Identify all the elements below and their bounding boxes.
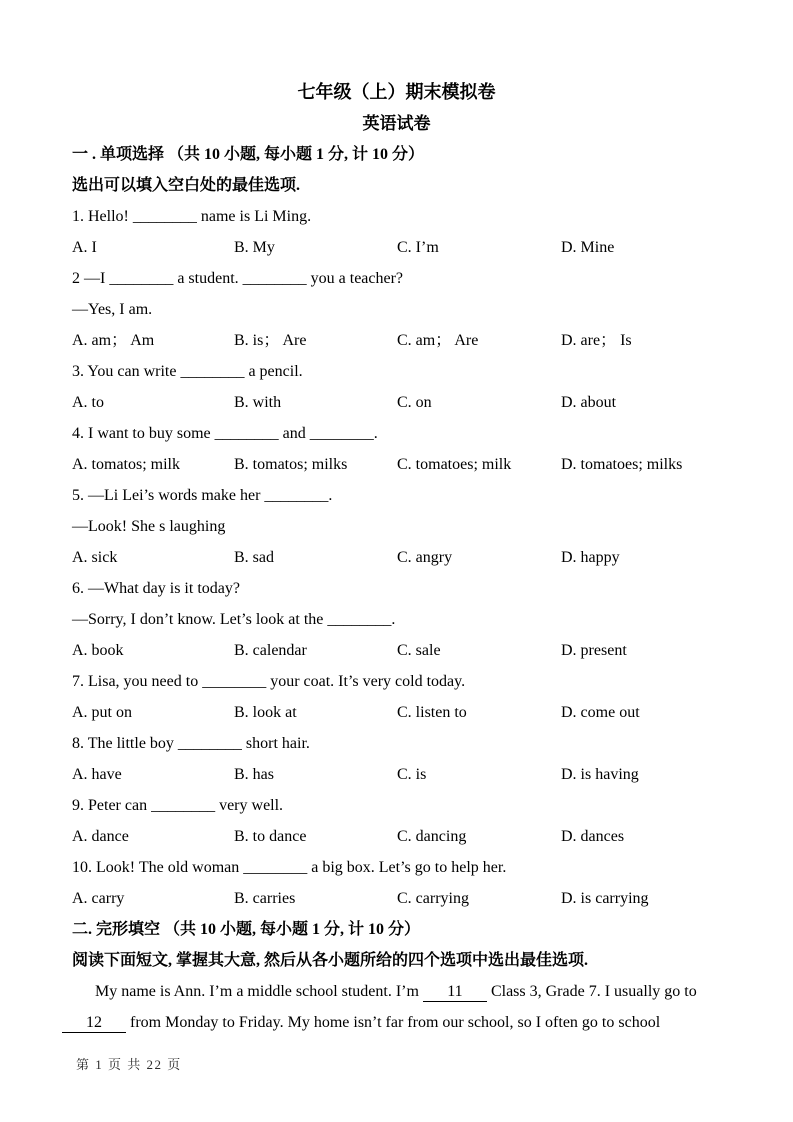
question-7-option-d: D. come out: [561, 697, 793, 728]
question-6-option-d: D. present: [561, 635, 793, 666]
question-1-option-d: D. Mine: [561, 232, 793, 263]
question-2-options: A. am； Am B. is； Are C. am； Are D. are； …: [72, 325, 793, 356]
question-5-stem-line-2: —Look! She s laughing: [72, 511, 763, 542]
question-4-option-c: C. tomatoes; milk: [397, 449, 561, 480]
question-5-option-b: B. sad: [234, 542, 397, 573]
question-8-option-a: A. have: [72, 759, 234, 790]
question-2-option-a: A. am； Am: [72, 325, 234, 356]
question-9-option-a: A. dance: [72, 821, 234, 852]
cloze-passage-text: from Monday to Friday. My home isn’t far…: [130, 1014, 660, 1031]
question-9-option-d: D. dances: [561, 821, 793, 852]
cloze-passage-line-2: 12 from Monday to Friday. My home isn’t …: [62, 1007, 773, 1038]
exam-content: 七年级（上）期末模拟卷 英语试卷 一 . 单项选择 （共 10 小题, 每小题 …: [0, 77, 793, 1038]
question-8-option-b: B. has: [234, 759, 397, 790]
question-10-options: A. carry B. carries C. carrying D. is ca…: [72, 883, 793, 914]
question-7-stem: 7. Lisa, you need to ________ your coat.…: [72, 666, 763, 697]
question-10-option-d: D. is carrying: [561, 883, 793, 914]
question-4-options: A. tomatos; milk B. tomatos; milks C. to…: [72, 449, 793, 480]
question-6-stem: 6. —What day is it today?: [72, 573, 763, 604]
question-8-option-d: D. is having: [561, 759, 793, 790]
question-4-option-a: A. tomatos; milk: [72, 449, 234, 480]
question-3-option-c: C. on: [397, 387, 561, 418]
question-6-option-c: C. sale: [397, 635, 561, 666]
question-2-stem: 2 —I ________ a student. ________ you a …: [72, 263, 763, 294]
section-2-heading: 二. 完形填空 （共 10 小题, 每小题 1 分, 计 10 分）: [72, 914, 763, 945]
question-9-options: A. dance B. to dance C. dancing D. dance…: [72, 821, 793, 852]
question-1-options: A. I B. My C. I’m D. Mine: [72, 232, 793, 263]
question-3-stem: 3. You can write ________ a pencil.: [72, 356, 763, 387]
cloze-blank-12: 12: [62, 1013, 126, 1033]
question-10-stem: 10. Look! The old woman ________ a big b…: [72, 852, 763, 883]
question-1-option-c: C. I’m: [397, 232, 561, 263]
question-2-stem-line-2: —Yes, I am.: [72, 294, 763, 325]
question-7-option-b: B. look at: [234, 697, 397, 728]
question-10-option-a: A. carry: [72, 883, 234, 914]
cloze-passage-text: Class 3, Grade 7. I usually go to: [491, 983, 697, 1000]
question-6-option-b: B. calendar: [234, 635, 397, 666]
page-number-footer: 第 1 页 共 22 页: [76, 1056, 182, 1074]
question-2-option-b: B. is； Are: [234, 325, 397, 356]
question-7-options: A. put on B. look at C. listen to D. com…: [72, 697, 793, 728]
question-1-option-a: A. I: [72, 232, 234, 263]
question-5-option-a: A. sick: [72, 542, 234, 573]
cloze-passage-text: My name is Ann. I’m a middle school stud…: [95, 983, 419, 1000]
question-2-option-d: D. are； Is: [561, 325, 793, 356]
question-6-option-a: A. book: [72, 635, 234, 666]
section-2-instruction: 阅读下面短文, 掌握其大意, 然后从各小题所给的四个选项中选出最佳选项.: [72, 945, 763, 976]
question-5-option-c: C. angry: [397, 542, 561, 573]
question-5-option-d: D. happy: [561, 542, 793, 573]
question-9-option-b: B. to dance: [234, 821, 397, 852]
question-3-option-a: A. to: [72, 387, 234, 418]
page-title: 七年级（上）期末模拟卷: [0, 77, 793, 108]
question-8-options: A. have B. has C. is D. is having: [72, 759, 793, 790]
question-4-option-d: D. tomatoes; milks: [561, 449, 793, 480]
question-9-stem: 9. Peter can ________ very well.: [72, 790, 763, 821]
question-6-stem-line-2: —Sorry, I don’t know. Let’s look at the …: [72, 604, 763, 635]
question-1-option-b: B. My: [234, 232, 397, 263]
question-10-option-b: B. carries: [234, 883, 397, 914]
section-1-instruction: 选出可以填入空白处的最佳选项.: [72, 170, 763, 201]
question-3-option-d: D. about: [561, 387, 793, 418]
question-4-option-b: B. tomatos; milks: [234, 449, 397, 480]
question-2-option-c: C. am； Are: [397, 325, 561, 356]
question-5-options: A. sick B. sad C. angry D. happy: [72, 542, 793, 573]
question-8-stem: 8. The little boy ________ short hair.: [72, 728, 763, 759]
question-4-stem: 4. I want to buy some ________ and _____…: [72, 418, 763, 449]
question-3-option-b: B. with: [234, 387, 397, 418]
question-9-option-c: C. dancing: [397, 821, 561, 852]
question-7-option-c: C. listen to: [397, 697, 561, 728]
question-3-options: A. to B. with C. on D. about: [72, 387, 793, 418]
question-5-stem: 5. —Li Lei’s words make her ________.: [72, 480, 763, 511]
exam-paper-page: 七年级（上）期末模拟卷 英语试卷 一 . 单项选择 （共 10 小题, 每小题 …: [0, 0, 793, 1122]
question-7-option-a: A. put on: [72, 697, 234, 728]
cloze-passage-line-1: My name is Ann. I’m a middle school stud…: [62, 976, 773, 1007]
page-subtitle: 英语试卷: [0, 108, 793, 139]
question-1-stem: 1. Hello! ________ name is Li Ming.: [72, 201, 763, 232]
question-6-options: A. book B. calendar C. sale D. present: [72, 635, 793, 666]
question-8-option-c: C. is: [397, 759, 561, 790]
cloze-blank-11: 11: [423, 982, 487, 1002]
question-10-option-c: C. carrying: [397, 883, 561, 914]
section-1-heading: 一 . 单项选择 （共 10 小题, 每小题 1 分, 计 10 分）: [72, 139, 763, 170]
